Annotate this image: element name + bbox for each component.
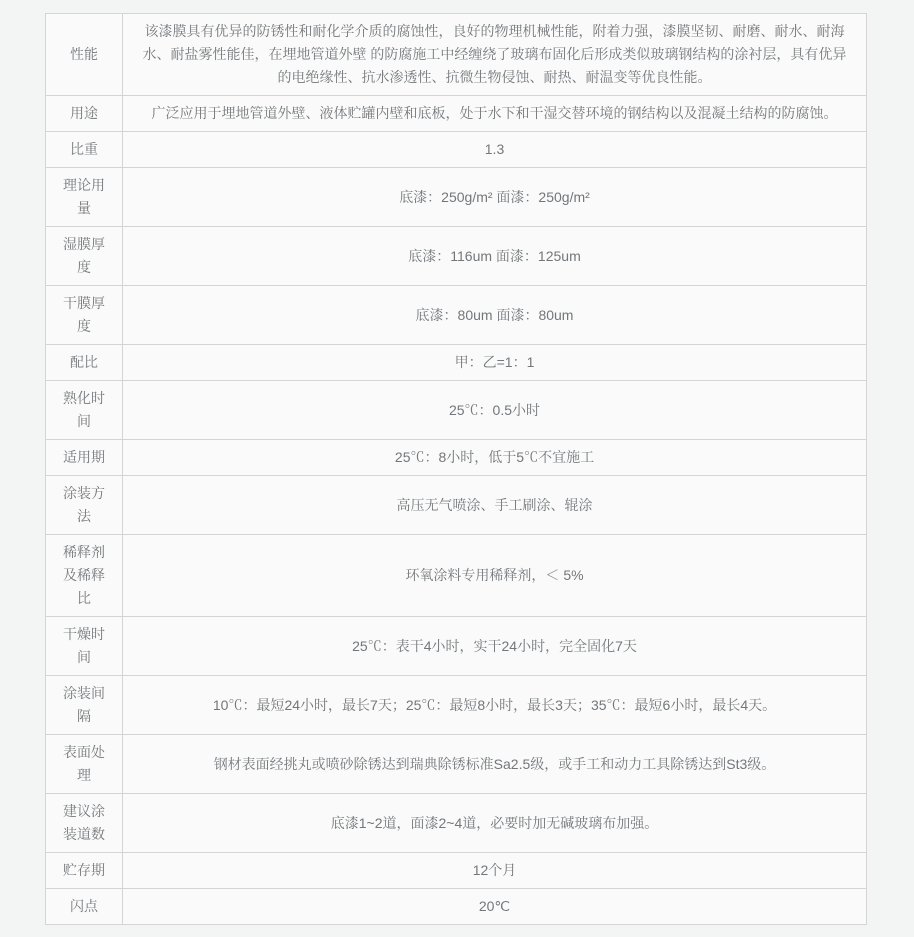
row-label: 建议涂装道数 — [46, 794, 123, 853]
row-label: 闪点 — [46, 889, 123, 925]
row-value: 钢材表面经挑丸或喷砂除锈达到瑞典除锈标准Sa2.5级，或手工和动力工具除锈达到S… — [123, 735, 867, 794]
table-row: 表面处理 钢材表面经挑丸或喷砂除锈达到瑞典除锈标准Sa2.5级，或手工和动力工具… — [46, 735, 867, 794]
row-value: 12个月 — [123, 853, 867, 889]
table-row: 建议涂装道数 底漆1~2道，面漆2~4道，必要时加无碱玻璃布加强。 — [46, 794, 867, 853]
table-row: 稀释剂及稀释比 环氧涂料专用稀释剂，＜ 5% — [46, 535, 867, 617]
table-row: 熟化时间 25℃：0.5小时 — [46, 381, 867, 440]
row-value: 10℃：最短24小时，最长7天；25℃：最短8小时，最长3天；35℃：最短6小时… — [123, 676, 867, 735]
table-row: 配比 甲：乙=1：1 — [46, 345, 867, 381]
row-value: 25℃：8小时，低于5℃不宜施工 — [123, 440, 867, 476]
row-value: 25℃：表干4小时，实干24小时，完全固化7天 — [123, 617, 867, 676]
row-label: 性能 — [46, 14, 123, 96]
table-row: 干燥时间 25℃：表干4小时，实干24小时，完全固化7天 — [46, 617, 867, 676]
row-value: 25℃：0.5小时 — [123, 381, 867, 440]
row-value: 底漆：80um 面漆：80um — [123, 286, 867, 345]
table-row: 涂装间隔 10℃：最短24小时，最长7天；25℃：最短8小时，最长3天；35℃：… — [46, 676, 867, 735]
row-label: 稀释剂及稀释比 — [46, 535, 123, 617]
row-label: 涂装方法 — [46, 476, 123, 535]
table-row: 干膜厚度 底漆：80um 面漆：80um — [46, 286, 867, 345]
row-label: 干膜厚度 — [46, 286, 123, 345]
table-row: 适用期 25℃：8小时，低于5℃不宜施工 — [46, 440, 867, 476]
row-value: 高压无气喷涂、手工刷涂、辊涂 — [123, 476, 867, 535]
table-row: 用途 广泛应用于埋地管道外壁、液体贮罐内壁和底板，处于水下和干湿交替环境的钢结构… — [46, 96, 867, 132]
table-row: 理论用量 底漆：250g/m² 面漆：250g/m² — [46, 168, 867, 227]
spec-table-body: 性能 该漆膜具有优异的防锈性和耐化学介质的腐蚀性，良好的物理机械性能，附着力强，… — [46, 14, 867, 925]
table-row: 闪点 20℃ — [46, 889, 867, 925]
row-value: 底漆：116um 面漆：125um — [123, 227, 867, 286]
table-row: 比重 1.3 — [46, 132, 867, 168]
page: 性能 该漆膜具有优异的防锈性和耐化学介质的腐蚀性，良好的物理机械性能，附着力强，… — [0, 0, 914, 937]
row-value: 该漆膜具有优异的防锈性和耐化学介质的腐蚀性，良好的物理机械性能，附着力强，漆膜坚… — [123, 14, 867, 96]
spec-table: 性能 该漆膜具有优异的防锈性和耐化学介质的腐蚀性，良好的物理机械性能，附着力强，… — [45, 13, 867, 925]
row-label: 适用期 — [46, 440, 123, 476]
table-row: 湿膜厚度 底漆：116um 面漆：125um — [46, 227, 867, 286]
row-value: 20℃ — [123, 889, 867, 925]
row-label: 湿膜厚度 — [46, 227, 123, 286]
row-label: 配比 — [46, 345, 123, 381]
row-value: 底漆1~2道，面漆2~4道，必要时加无碱玻璃布加强。 — [123, 794, 867, 853]
row-value: 环氧涂料专用稀释剂，＜ 5% — [123, 535, 867, 617]
row-value: 甲：乙=1：1 — [123, 345, 867, 381]
row-label: 表面处理 — [46, 735, 123, 794]
row-label: 贮存期 — [46, 853, 123, 889]
row-label: 比重 — [46, 132, 123, 168]
row-value: 1.3 — [123, 132, 867, 168]
table-row: 性能 该漆膜具有优异的防锈性和耐化学介质的腐蚀性，良好的物理机械性能，附着力强，… — [46, 14, 867, 96]
row-label: 涂装间隔 — [46, 676, 123, 735]
table-row: 涂装方法 高压无气喷涂、手工刷涂、辊涂 — [46, 476, 867, 535]
table-row: 贮存期 12个月 — [46, 853, 867, 889]
row-value: 底漆：250g/m² 面漆：250g/m² — [123, 168, 867, 227]
row-label: 用途 — [46, 96, 123, 132]
row-label: 熟化时间 — [46, 381, 123, 440]
row-label: 理论用量 — [46, 168, 123, 227]
row-label: 干燥时间 — [46, 617, 123, 676]
row-value: 广泛应用于埋地管道外壁、液体贮罐内壁和底板，处于水下和干湿交替环境的钢结构以及混… — [123, 96, 867, 132]
